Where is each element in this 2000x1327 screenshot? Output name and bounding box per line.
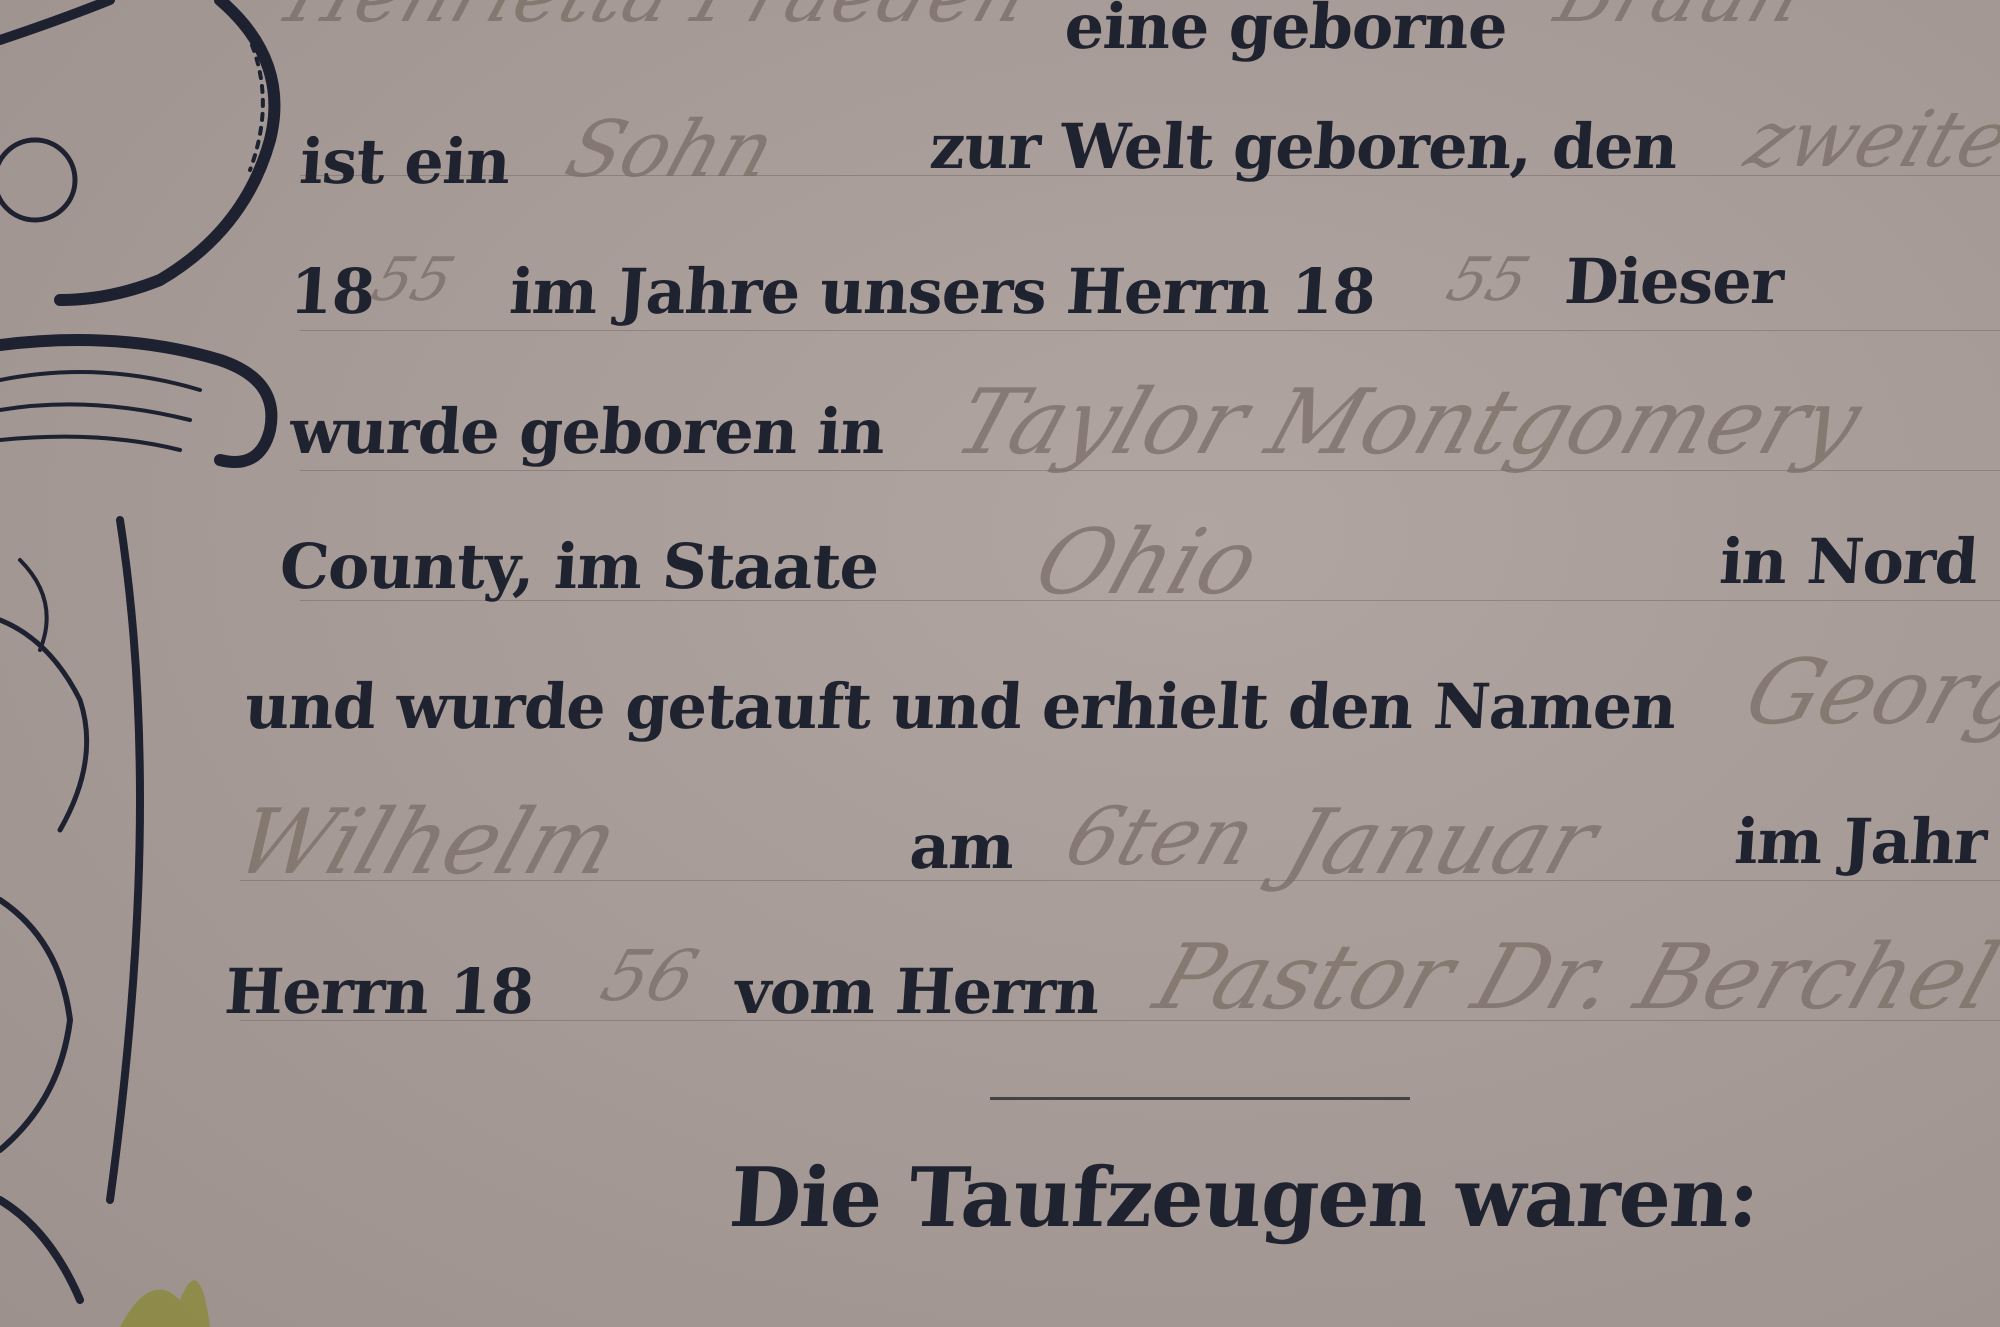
handwritten-pastor-name: Pastor Dr. Berchel: [1143, 925, 2000, 1030]
handwritten-mother-name: Henrietta Fraeden: [275, 0, 1041, 40]
handwritten-baptism-day: 6ten: [1055, 790, 1267, 883]
section-divider: [990, 1097, 1410, 1100]
print-text: wurde geboren in: [287, 395, 887, 468]
handwritten-maiden-name: Braun: [1545, 0, 1816, 40]
print-text: im Jahre unsers Herrn 18: [507, 255, 1377, 328]
handwritten-state: Ohio: [1023, 510, 1272, 615]
print-text: am: [907, 810, 1016, 883]
ornamental-illustration-icon: [0, 0, 300, 1327]
print-text: County, im Staate: [277, 530, 880, 603]
handwritten-baptism-month: Januar: [1273, 790, 1609, 895]
certificate-paper: [0, 0, 2000, 1327]
print-text: und wurde getauft und erhielt den Namen: [242, 670, 1678, 743]
print-text: in Nord: [1717, 525, 1979, 598]
handwritten-given-name: Georg: [1733, 640, 2000, 745]
print-text: vom Herrn: [732, 955, 1101, 1028]
print-text: ist ein: [297, 125, 512, 198]
handwritten-county: Taylor Montgomery: [943, 370, 1874, 475]
print-text: zur Welt geboren, den: [927, 110, 1679, 183]
print-text: 18: [287, 255, 376, 328]
print-text: im Jahr: [1732, 805, 1988, 878]
print-text: eine geborne: [1062, 0, 1509, 63]
handwritten-child-sex: Sohn: [555, 105, 785, 195]
handwritten-middle-name: Wilhelm: [223, 790, 631, 895]
print-text: Herrn 18: [222, 955, 535, 1028]
form-line: [300, 330, 2000, 331]
handwritten-birth-day: zweiten: [1735, 95, 2000, 185]
print-text: Dieser: [1562, 245, 1785, 318]
witness-heading: Die Taufzeugen waren:: [727, 1150, 1762, 1246]
